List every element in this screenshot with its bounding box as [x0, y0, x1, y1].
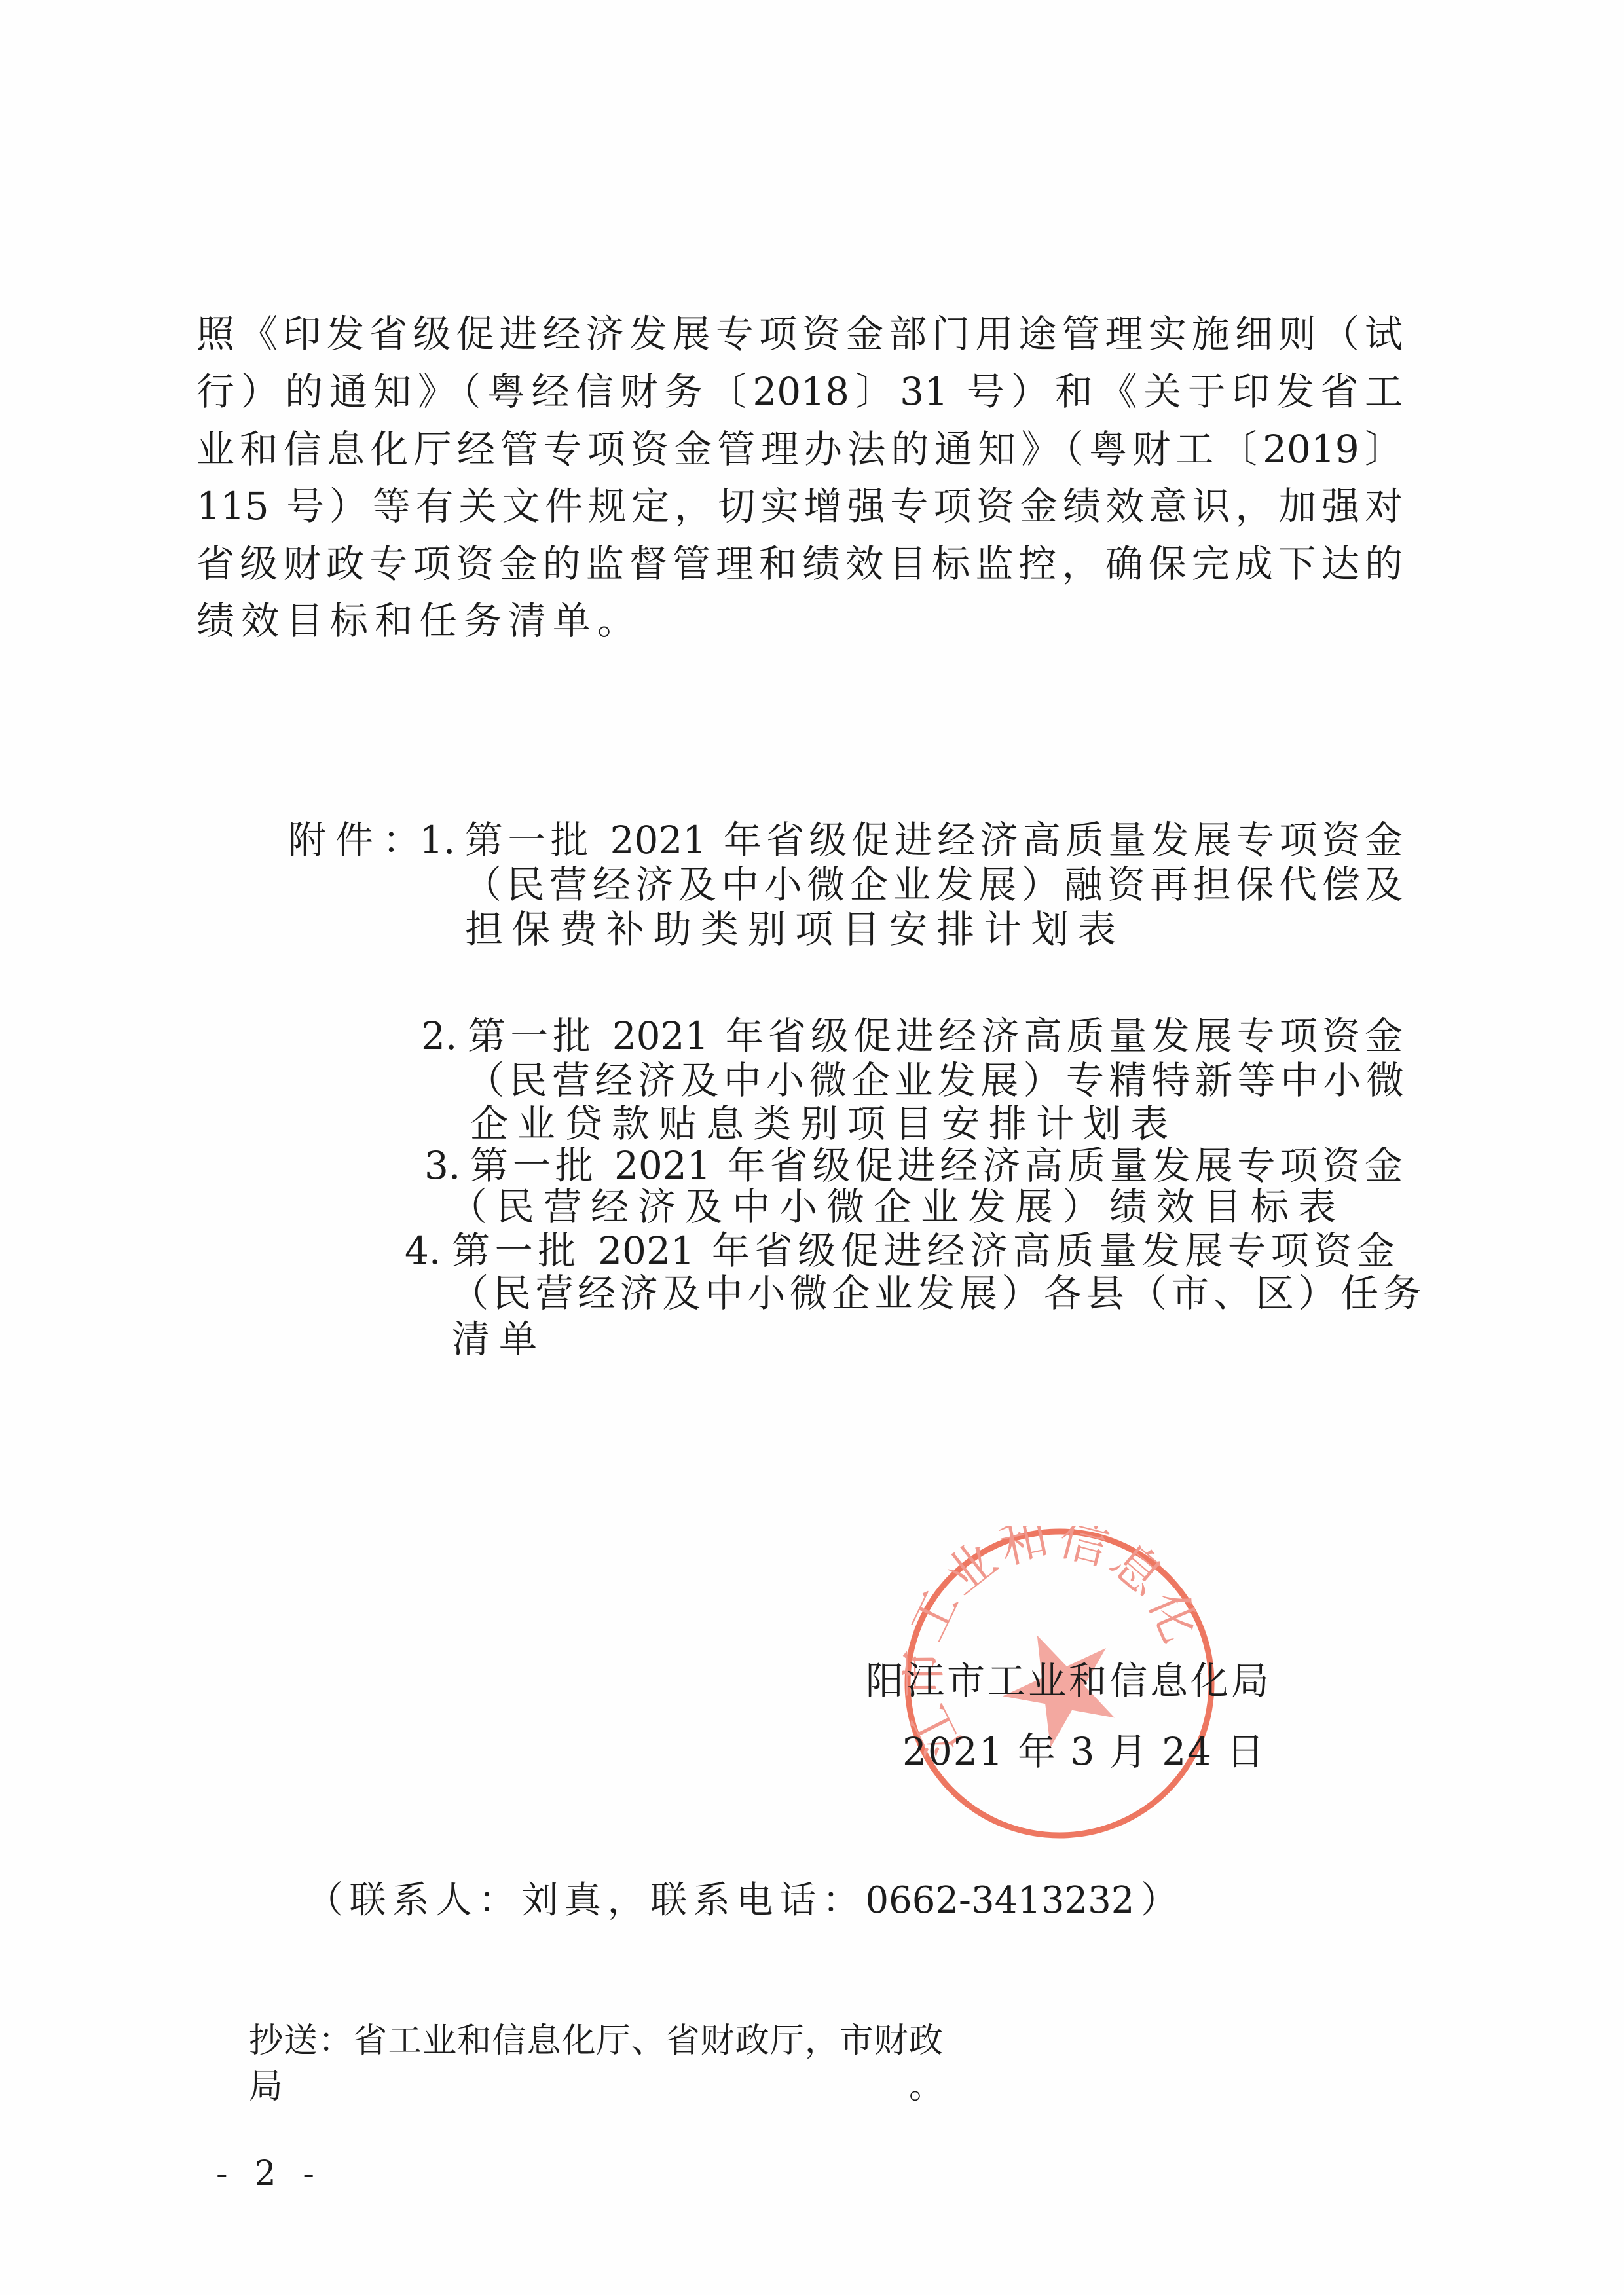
signature-date: 2021 年 3 月 24 日	[902, 1729, 1266, 1774]
signature-organization: 阳江市工业和信息化局	[866, 1658, 1272, 1704]
attachment-1-line-1[interactable]: 第一批 2021 年省级促进经济高质量发展专项资金	[465, 817, 1403, 863]
body-line-4: 115 号）等有关文件规定，切实增强专项资金绩效意识，加强对	[196, 483, 1403, 529]
attachment-3-line-1[interactable]: 第一批 2021 年省级促进经济高质量发展专项资金	[470, 1143, 1403, 1188]
body-line-1: 照《印发省级促进经济发展专项资金部门用途管理实施细则（试	[196, 311, 1403, 357]
attachment-1-line-3[interactable]: 担保费补助类别项目安排计划表	[465, 906, 1125, 952]
attachment-4-number: 4.	[405, 1228, 441, 1274]
attachment-2-number: 2.	[421, 1013, 457, 1059]
attachment-3-line-2[interactable]: （民营经济及中小微企业发展）绩效目标表	[449, 1184, 1345, 1230]
body-line-2: 行）的通知》（粤经信财务〔2018〕31 号）和《关于印发省工	[196, 369, 1403, 414]
attachment-2-line-1[interactable]: 第一批 2021 年省级促进经济高质量发展专项资金	[468, 1013, 1403, 1059]
attachment-4-line-2[interactable]: （民营经济及中小微企业发展）各县（市、区）任务	[451, 1270, 1421, 1316]
attachment-2-line-2[interactable]: （民营经济及中小微企业发展）专精特新等中小微	[466, 1057, 1404, 1103]
attachment-4-line-3[interactable]: 清单	[452, 1316, 546, 1362]
cc-recipients: 抄送：省工业和信息化厅、省财政厅，市财政局。	[249, 2018, 943, 2110]
body-line-6: 绩效目标和任务清单。	[196, 598, 1403, 644]
attachment-4-line-1[interactable]: 第一批 2021 年省级促进经济高质量发展专项资金	[452, 1228, 1395, 1274]
attachment-2-line-3[interactable]: 企业贷款贴息类别项目安排计划表	[470, 1101, 1177, 1147]
attachments-label: 附件：	[288, 817, 430, 863]
attachment-1-line-2[interactable]: （民营经济及中小微企业发展）融资再担保代偿及	[464, 862, 1403, 908]
body-line-3: 业和信息化厅经管专项资金管理办法的通知》（粤财工〔2019〕	[196, 426, 1403, 472]
contact-info: （联系人：刘真，联系电话：0662-3413232）	[306, 1878, 1177, 1924]
body-line-5: 省级财政专项资金的监督管理和绩效目标监控，确保完成下达的	[196, 541, 1403, 587]
attachment-3-number: 3.	[424, 1143, 460, 1188]
page-number: - 2 -	[216, 2154, 314, 2194]
attachment-1-number: 1.	[419, 817, 455, 863]
document-page: 照《印发省级促进经济发展专项资金部门用途管理实施细则（试 行）的通知》（粤经信财…	[0, 0, 1624, 2295]
